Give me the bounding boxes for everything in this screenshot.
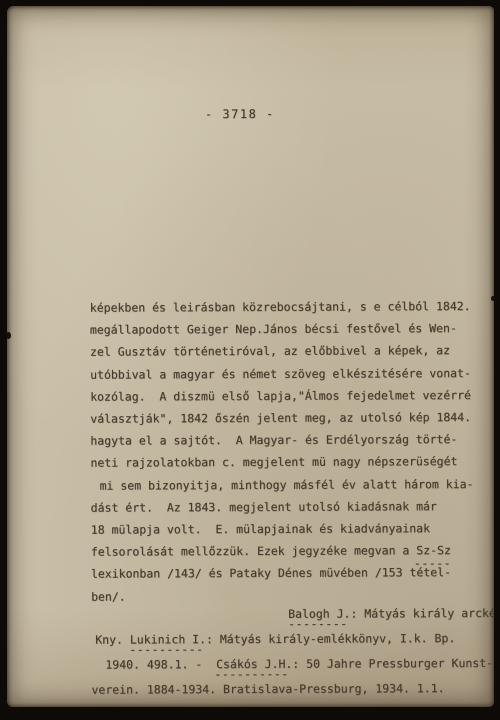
paragraph-line: mi sem bizonyitja, minthogy másfél év al… bbox=[91, 473, 494, 497]
paragraph-line: választják", 1842 őszén jelent meg, az u… bbox=[90, 406, 494, 430]
scanned-document-screenshot: { "colors": { "paper": "#c9bfa8", "ink":… bbox=[0, 0, 500, 720]
paragraph-line: 18 mülapja volt. E. mülapjainak és kiadv… bbox=[91, 517, 494, 541]
page-number: - 3718 - bbox=[205, 107, 275, 121]
paragraph-line: dást ért. Az 1843. megjelent utolsó kiad… bbox=[91, 495, 494, 519]
reference-line: Balogh J.: Mátyás király arcképei bbox=[288, 601, 494, 627]
dashed-underline-szsz: ----- bbox=[414, 556, 451, 570]
reference-line: verein. 1884-1934. Bratislava-Pressburg,… bbox=[91, 676, 494, 703]
paragraph-line: neti rajzolatokban c. megjelent mü nagy … bbox=[90, 450, 494, 474]
paragraph-line: utóbbival a magyar és német szöveg elkés… bbox=[90, 362, 494, 386]
references-block: Balogh J.: Mátyás király arcképei Kny. L… bbox=[91, 601, 494, 703]
paragraph-line: hagyta el a sajtót. A Magyar- és Erdélyo… bbox=[90, 428, 494, 452]
typewritten-content: - 3718 - képekben és leirásban közrebocs… bbox=[7, 6, 494, 707]
scan-speck bbox=[491, 296, 494, 301]
paragraph-line: megállapodott Geiger Nep.János bécsi fes… bbox=[90, 317, 494, 341]
paper-page: - 3718 - képekben és leirásban közrebocs… bbox=[7, 6, 494, 707]
paragraph-line: képekben és leirásban közrebocsájtani, s… bbox=[90, 295, 494, 319]
reference-line: 1940. 498.1. - Csákós J.H.: 50 Jahre Pre… bbox=[105, 651, 494, 678]
paragraph-line: kozólag. A diszmü első lapja,"Álmos feje… bbox=[90, 384, 494, 408]
paragraph-line: zel Gusztáv történetiróval, az előbbivel… bbox=[90, 339, 494, 363]
reference-line: Kny. Lukinich I.: Mátyás király-emlékkön… bbox=[95, 626, 494, 653]
